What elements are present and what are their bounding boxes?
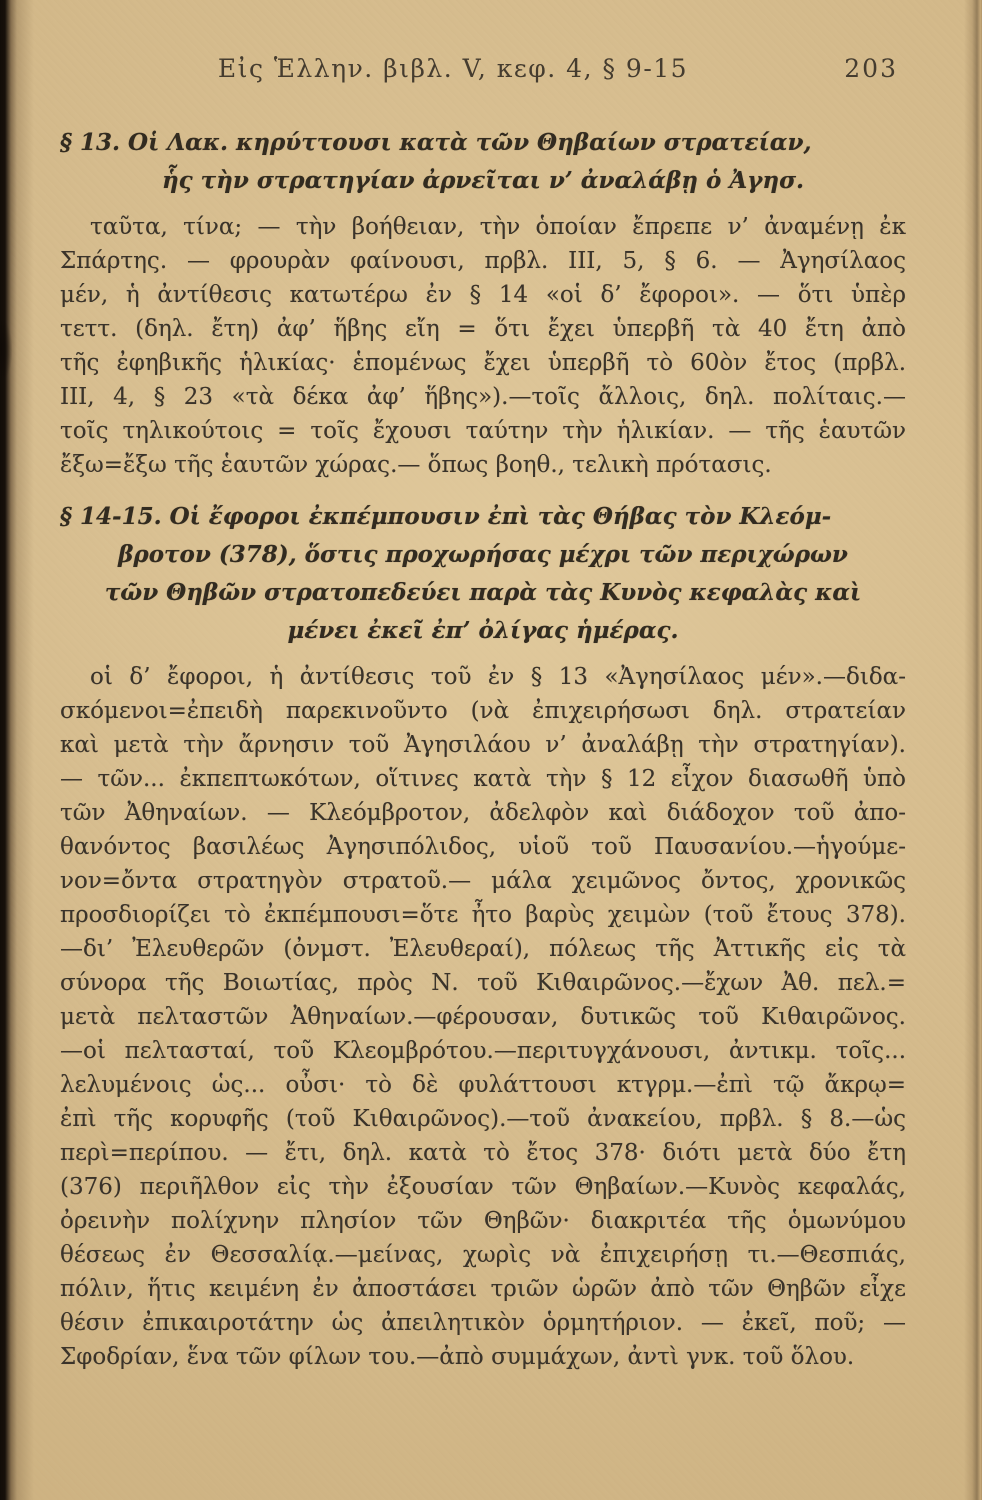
text-line: οἱ δ’ ἔφοροι, ἡ ἀντίθεσις τοῦ ἐν § 13 «Ἀ… xyxy=(60,660,906,694)
running-header-title: Εἰς Ἑλλην. βιβλ. V, κεφ. 4, § 9-15 xyxy=(60,54,906,83)
text-line: μένει ἐκεῖ ἐπ’ ὀλίγας ἡμέρας. xyxy=(60,612,906,650)
section-13-commentary: ταῦτα, τίνα; — τὴν βοήθειαν, τὴν ὁποίαν … xyxy=(60,210,906,482)
scanned-book-page: Εἰς Ἑλλην. βιβλ. V, κεφ. 4, § 9-15 203 §… xyxy=(0,0,982,1500)
running-header: Εἰς Ἑλλην. βιβλ. V, κεφ. 4, § 9-15 203 xyxy=(60,54,906,88)
text-line: τῶν Θηβῶν στρατοπεδεύει παρὰ τὰς Κυνὸς κ… xyxy=(60,574,906,612)
text-line: θέσεως ἐν Θεσσαλίᾳ.—μείνας, χωρὶς νὰ ἐπι… xyxy=(60,1238,906,1272)
section-13-heading: § 13. Οἱ Λακ. κηρύττουσι κατὰ τῶν Θηβαίω… xyxy=(60,124,906,200)
page-edge-shadow xyxy=(964,0,982,1500)
page-sections: § 13. Οἱ Λακ. κηρύττουσι κατὰ τῶν Θηβαίω… xyxy=(60,124,906,1374)
book-gutter-shadow xyxy=(0,0,34,1500)
page-content: Εἰς Ἑλλην. βιβλ. V, κεφ. 4, § 9-15 203 §… xyxy=(60,0,906,1374)
text-line: ταῦτα, τίνα; — τὴν βοήθειαν, τὴν ὁποίαν … xyxy=(60,210,906,244)
section-14-15-heading: § 14-15. Οἱ ἔφοροι ἐκπέμπουσιν ἐπὶ τὰς Θ… xyxy=(60,498,906,650)
text-line: ἧς τὴν στρατηγίαν ἀρνεῖται ν’ ἀναλάβῃ ὁ … xyxy=(60,162,906,200)
text-line: τῶν Ἀθηναίων. — Κλεόμβροτον, ἀδελφὸν καὶ… xyxy=(60,796,906,830)
text-line: νον=ὄντα στρατηγὸν στρατοῦ.— μάλα χειμῶν… xyxy=(60,864,906,898)
text-line: Σφοδρίαν, ἕνα τῶν φίλων του.—ἀπὸ συμμάχω… xyxy=(60,1340,906,1374)
text-line: σύνορα τῆς Βοιωτίας, πρὸς Ν. τοῦ Κιθαιρῶ… xyxy=(60,966,906,1000)
text-line: ἐπὶ τῆς κορυφῆς (τοῦ Κιθαιρῶνος).—τοῦ ἀν… xyxy=(60,1102,906,1136)
text-line: καὶ μετὰ τὴν ἄρνησιν τοῦ Ἀγησιλάου ν’ ἀν… xyxy=(60,728,906,762)
text-line: § 14-15. Οἱ ἔφοροι ἐκπέμπουσιν ἐπὶ τὰς Θ… xyxy=(60,498,906,536)
text-line: τῆς ἐφηβικῆς ἡλικίας· ἑπομένως ἔχει ὑπερ… xyxy=(60,346,906,380)
text-line: ὀρεινὴν πολίχνην πλησίον τῶν Θηβῶν· διακ… xyxy=(60,1204,906,1238)
text-line: θανόντος βασιλέως Ἀγησιπόλιδος, υἱοῦ τοῦ… xyxy=(60,830,906,864)
text-line: περὶ=περίπου. — ἔτι, δηλ. κατὰ τὸ ἔτος 3… xyxy=(60,1136,906,1170)
text-line: θέσιν ἐπικαιροτάτην ὡς ἀπειλητικὸν ὁρμητ… xyxy=(60,1306,906,1340)
text-line: τεττ. (δηλ. ἔτη) ἀφ’ ἥβης εἴη = ὅτι ἔχει… xyxy=(60,312,906,346)
section-14-15-commentary: οἱ δ’ ἔφοροι, ἡ ἀντίθεσις τοῦ ἐν § 13 «Ἀ… xyxy=(60,660,906,1374)
text-line: ἔξω=ἔξω τῆς ἑαυτῶν χώρας.— ὅπως βοηθ., τ… xyxy=(60,448,906,482)
text-line: —δι’ Ἐλευθερῶν (ὀνμστ. Ἐλευθεραί), πόλεω… xyxy=(60,932,906,966)
text-line: τοῖς τηλικούτοις = τοῖς ἔχουσι ταύτην τὴ… xyxy=(60,414,906,448)
text-line: μέν, ἡ ἀντίθεσις κατωτέρω ἐν § 14 «οἱ δ’… xyxy=(60,278,906,312)
text-line: λελυμένοις ὡς... οὖσι· τὸ δὲ φυλάττουσι … xyxy=(60,1068,906,1102)
text-line: —οἱ πελτασταί, τοῦ Κλεομβρότου.—περιτυγχ… xyxy=(60,1034,906,1068)
text-line: σκόμενοι=ἐπειδὴ παρεκινοῦντο (νὰ ἐπιχειρ… xyxy=(60,694,906,728)
text-line: § 13. Οἱ Λακ. κηρύττουσι κατὰ τῶν Θηβαίω… xyxy=(60,124,906,162)
page-number: 203 xyxy=(844,54,898,83)
text-line: ΙΙΙ, 4, § 23 «τὰ δέκα ἀφ’ ἥβης»).—τοῖς ἄ… xyxy=(60,380,906,414)
text-line: πόλιν, ἥτις κειμένη ἐν ἀποστάσει τριῶν ὡ… xyxy=(60,1272,906,1306)
text-line: βροτον (378), ὅστις προχωρήσας μέχρι τῶν… xyxy=(60,536,906,574)
text-line: — τῶν... ἐκπεπτωκότων, οἵτινες κατὰ τὴν … xyxy=(60,762,906,796)
text-line: μετὰ πελταστῶν Ἀθηναίων.—φέρουσαν, δυτικ… xyxy=(60,1000,906,1034)
text-line: Σπάρτης. — φρουρὰν φαίνουσι, πρβλ. III, … xyxy=(60,244,906,278)
text-line: (376) περιῆλθον εἰς τὴν ἐξουσίαν τῶν Θηβ… xyxy=(60,1170,906,1204)
text-line: προσδιορίζει τὸ ἐκπέμπουσι=ὅτε ἦτο βαρὺς… xyxy=(60,898,906,932)
